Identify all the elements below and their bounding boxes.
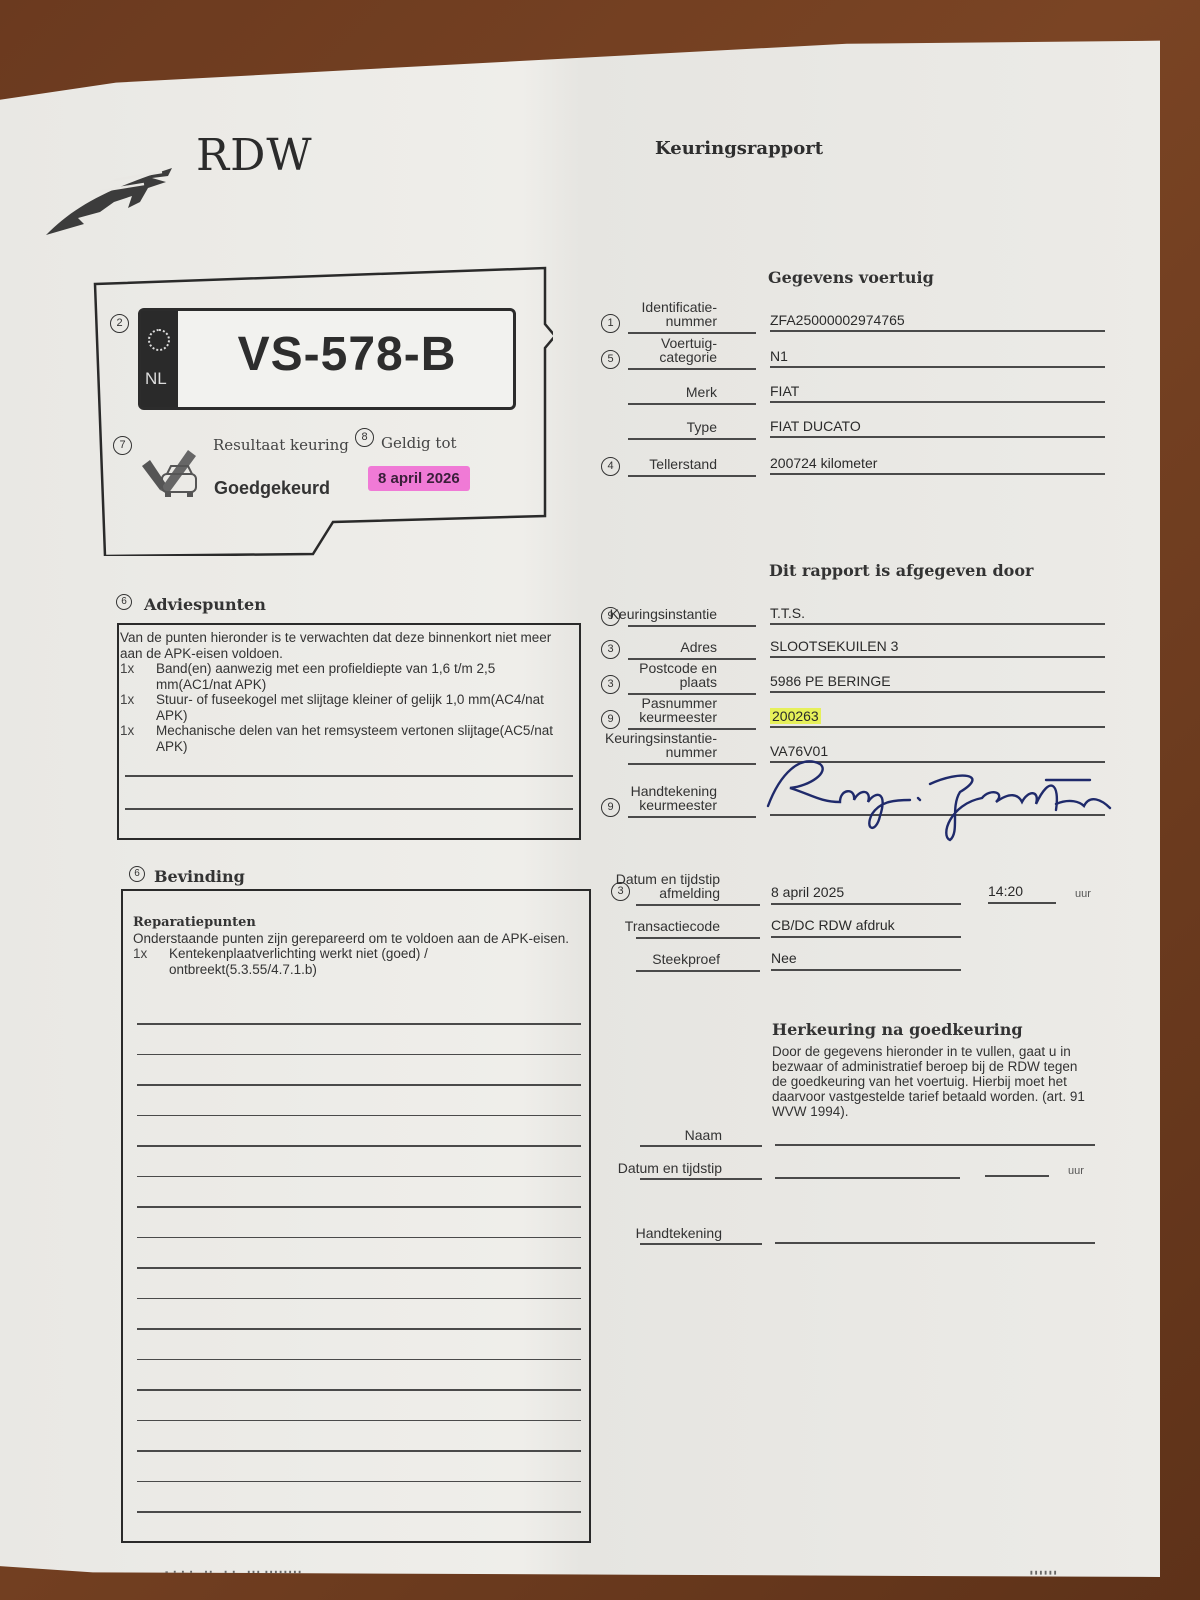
bevinding-blank-line [137, 1237, 581, 1239]
item-qty: 1x [120, 692, 156, 723]
valid-until-value: 8 april 2026 [368, 466, 470, 491]
field-value: N1 [770, 348, 788, 364]
result-value: Goedgekeurd [214, 478, 330, 499]
report-title: Keuringsrapport [655, 138, 823, 159]
bevinding-blank-line [137, 1359, 581, 1361]
field-label: Merk [686, 385, 717, 399]
item-text: Kentekenplaatverlichting werkt niet (goe… [169, 946, 573, 977]
inspector-pass-number: 200263 [770, 708, 821, 724]
bevinding-title: Bevinding [154, 867, 245, 886]
result-marker: 7 [113, 436, 132, 455]
item-qty: 1x [120, 723, 156, 754]
field-value-underline[interactable] [770, 401, 1105, 403]
bevinding-blank-line [137, 1115, 581, 1117]
advies-items: 1xBand(en) aanwezig met een profieldiept… [120, 661, 560, 754]
bevinding-blank-line [137, 1481, 581, 1483]
field-marker: 3 [601, 640, 620, 659]
field-value-underline[interactable] [770, 656, 1105, 658]
field-value-underline[interactable] [770, 691, 1105, 693]
license-plate-number: VS-578-B [191, 327, 503, 382]
field-label: Tellerstand [649, 457, 717, 471]
field-value-underline[interactable] [770, 623, 1105, 625]
field-value-underline[interactable] [770, 473, 1105, 475]
field-label: Postcode en plaats [639, 661, 717, 689]
item-text: Stuur- of fuseekogel met slijtage kleine… [156, 692, 560, 723]
checkout-date-label: Datum en tijdstip afmelding [616, 872, 720, 900]
bevinding-blank-line [137, 1206, 581, 1208]
field-label-underline [628, 816, 756, 818]
field-label: Pasnummer keurmeester [639, 696, 717, 724]
field-value-underline[interactable] [770, 436, 1105, 438]
advies-content: Van de punten hieronder is te verwachten… [120, 630, 560, 754]
transaction-code-value: CB/DC RDW afdruk [771, 917, 895, 933]
field-value-underline[interactable] [770, 366, 1105, 368]
advies-item: 1xStuur- of fuseekogel met slijtage klei… [120, 692, 560, 723]
transaction-code-label: Transactiecode [625, 919, 720, 933]
sample-check-label-underline [636, 970, 760, 972]
reinspection-signature-field[interactable] [775, 1242, 1095, 1244]
field-label-underline [628, 403, 756, 405]
checkout-date-value-underline[interactable] [771, 903, 961, 905]
sample-check-label: Steekproef [652, 952, 720, 966]
sample-check-value-underline[interactable] [771, 969, 961, 971]
field-label: Identificatie- nummer [642, 300, 717, 328]
reinspection-title: Herkeuring na goedkeuring [772, 1020, 1023, 1039]
repair-intro: Onderstaande punten zijn gerepareerd om … [133, 931, 573, 947]
field-value: FIAT [770, 383, 799, 399]
item-qty: 1x [120, 661, 156, 692]
checkout-time-underline[interactable] [988, 902, 1056, 904]
field-value: SLOOTSEKUILEN 3 [770, 638, 898, 654]
advies-blank-line [125, 808, 573, 810]
reinspection-text: Door de gegevens hieronder in te vullen,… [772, 1044, 1092, 1119]
approved-car-icon [140, 444, 202, 500]
field-marker: 5 [601, 350, 620, 369]
bevinding-blank-line [137, 1084, 581, 1086]
time-unit-label: uur [1075, 888, 1091, 900]
bevinding-box: Reparatiepunten Onderstaande punten zijn… [121, 889, 591, 1543]
reinspection-time-field[interactable] [985, 1175, 1049, 1177]
sample-check-value: Nee [771, 950, 797, 966]
item-text: Mechanische delen van het remsysteem ver… [156, 723, 560, 754]
field-value: ZFA25000002974765 [770, 312, 905, 328]
reinspection-name-label: Naam [685, 1128, 722, 1142]
field-label: Voertuig- categorie [659, 336, 717, 364]
field-value: FIAT DUCATO [770, 418, 861, 434]
field-label-underline [628, 763, 756, 765]
field-value-underline[interactable] [770, 330, 1105, 332]
reinspection-name-field[interactable] [775, 1144, 1095, 1146]
advies-blank-line [125, 775, 573, 777]
bevinding-blank-line [137, 1023, 581, 1025]
issuer-section-title: Dit rapport is afgegeven door [769, 561, 1033, 580]
result-label: Resultaat keuring [213, 436, 349, 454]
field-label-underline [628, 332, 756, 334]
footer-print-code-left: ■ ▮ ▮ ▮ ▮▮ ▮ ▮ ▮▮▮ ▮▮▮▮▮▮▮▮ [165, 1570, 303, 1576]
bevinding-blank-line [137, 1298, 581, 1300]
field-label-underline [628, 438, 756, 440]
advies-intro: Van de punten hieronder is te verwachten… [120, 630, 560, 661]
advies-title: Adviespunten [144, 595, 266, 614]
valid-until-label: Geldig tot [381, 434, 457, 452]
valid-marker: 8 [355, 428, 374, 447]
bevinding-blank-line [137, 1145, 581, 1147]
transaction-code-value-underline[interactable] [771, 936, 961, 938]
country-code: NL [145, 369, 167, 389]
advies-item: 1xMechanische delen van het remsysteem v… [120, 723, 560, 754]
field-value: T.T.S. [770, 605, 805, 621]
item-text: Band(en) aanwezig met een profieldiepte … [156, 661, 560, 692]
reinspection-signature-label-underline [640, 1243, 762, 1245]
field-label: Type [687, 420, 717, 434]
field-label-underline [628, 475, 756, 477]
field-label: Keuringsinstantie [610, 607, 717, 621]
reinspection-date-field[interactable] [775, 1177, 960, 1179]
bevinding-blank-line [137, 1511, 581, 1513]
reinspection-signature-label: Handtekening [636, 1226, 722, 1240]
bevinding-content: Reparatiepunten Onderstaande punten zijn… [133, 915, 573, 977]
transaction-code-label-underline [636, 937, 760, 939]
bevinding-blank-line [137, 1267, 581, 1269]
checkout-date-label-underline [636, 904, 760, 906]
field-marker: 4 [601, 457, 620, 476]
reinspection-date-label-underline [640, 1178, 762, 1180]
bevinding-blank-line [137, 1450, 581, 1452]
field-marker: 1 [601, 314, 620, 333]
field-label-underline [628, 625, 756, 627]
plate-marker: 2 [110, 314, 129, 333]
eu-stars-icon [148, 329, 170, 351]
reinspection-date-label: Datum en tijdstip [618, 1161, 722, 1175]
field-value: 5986 PE BERINGE [770, 673, 891, 689]
bevinding-blank-line [137, 1328, 581, 1330]
rdw-logo-icon [44, 162, 174, 237]
repair-subtitle: Reparatiepunten [133, 915, 573, 931]
repair-items: 1xKentekenplaatverlichting werkt niet (g… [133, 946, 573, 977]
bevinding-blank-line [137, 1389, 581, 1391]
license-plate: NL VS-578-B [138, 308, 516, 410]
checkout-date-value: 8 april 2025 [771, 884, 844, 900]
inspection-report-sheet: RDW Keuringsrapport 2 NL VS-578-B 7 Resu… [0, 22, 1160, 1577]
footer-print-code-right: ▮▮▮▮▮▮ [1030, 1570, 1059, 1576]
field-label: Adres [680, 640, 717, 654]
advies-box: Van de punten hieronder is te verwachten… [117, 623, 581, 840]
time-unit-label: uur [1068, 1165, 1084, 1177]
field-label: Handtekening keurmeester [631, 784, 717, 812]
field-value: 200724 kilometer [770, 455, 877, 471]
vehicle-section-title: Gegevens voertuig [768, 268, 934, 287]
bevinding-marker: 6 [129, 866, 145, 882]
item-qty: 1x [133, 946, 169, 977]
field-label: Keuringsinstantie- nummer [605, 731, 717, 759]
checkout-time-value: 14:20 [988, 883, 1023, 899]
bevinding-blank-line [137, 1176, 581, 1178]
reinspection-name-label-underline [640, 1145, 762, 1147]
field-marker: 3 [601, 675, 620, 694]
repair-item: 1xKentekenplaatverlichting werkt niet (g… [133, 946, 573, 977]
inspector-signature [760, 744, 1120, 844]
advies-marker: 6 [116, 594, 132, 610]
field-marker: 9 [601, 710, 620, 729]
field-label-underline [628, 368, 756, 370]
field-marker: 9 [601, 798, 620, 817]
eu-band: NL [141, 311, 178, 407]
org-logo-text: RDW [196, 130, 313, 181]
bevinding-blank-line [137, 1420, 581, 1422]
advies-item: 1xBand(en) aanwezig met een profieldiept… [120, 661, 560, 692]
field-value-underline[interactable] [770, 726, 1105, 728]
bevinding-blank-line [137, 1054, 581, 1056]
